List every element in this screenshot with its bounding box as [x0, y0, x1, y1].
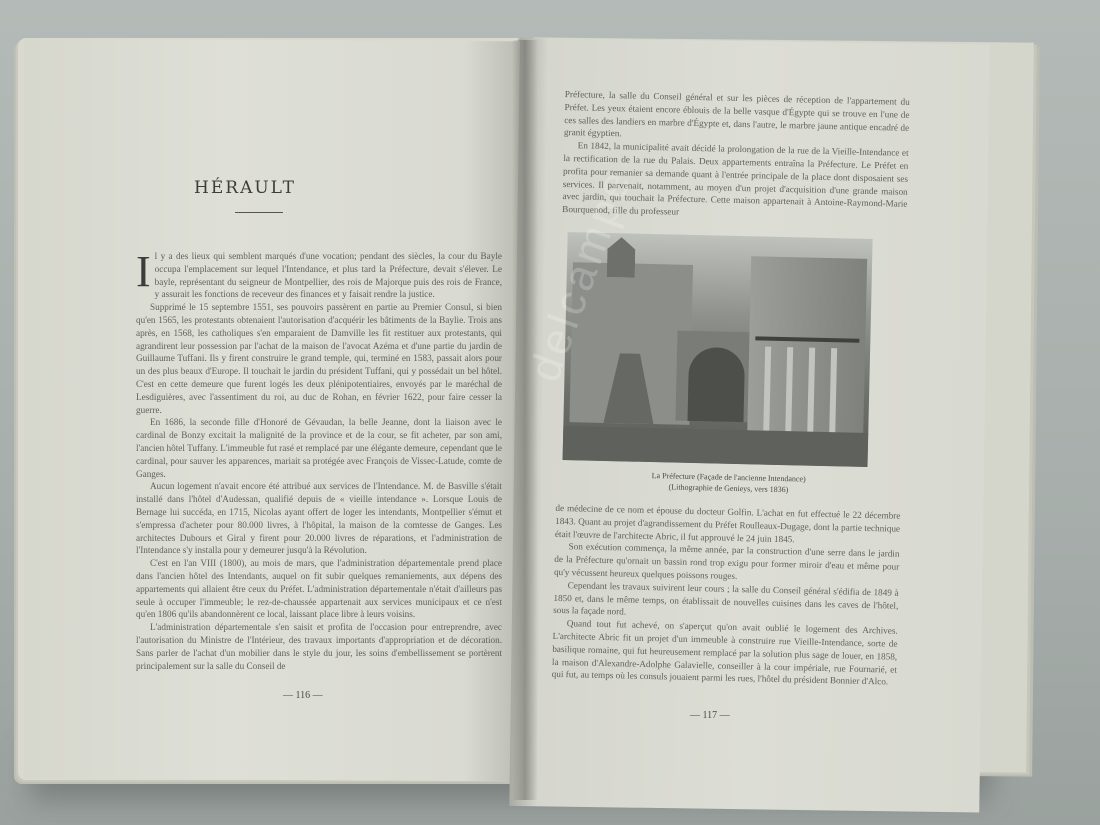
paragraph: Aucun logement n'avait encore été attrib…	[136, 480, 502, 557]
figure-caption: La Préfecture (Façade de l'ancienne Inte…	[556, 468, 901, 498]
paragraph: En 1686, la seconde fille d'Honoré de Gé…	[136, 416, 502, 480]
chapter-title: HÉRAULT	[130, 178, 360, 198]
paragraph: L'administration départementale s'en sai…	[136, 621, 502, 672]
title-rule	[235, 212, 283, 213]
page-number-left: — 116 —	[283, 690, 323, 701]
paragraph: Quand tout fut achevé, on s'aperçut qu'o…	[552, 617, 898, 689]
paragraph: Il y a des lieux qui semblent marqués d'…	[136, 250, 502, 301]
paragraph: C'est en l'an VIII (1800), au mois de ma…	[136, 557, 502, 621]
bottom-text: de médecine de ce nom et épouse du docte…	[552, 502, 901, 689]
left-page-body: Il y a des lieux qui semblent marqués d'…	[136, 250, 502, 672]
drop-cap: I	[136, 252, 151, 292]
paragraph: Préfecture, la salle du Conseil général …	[564, 88, 910, 147]
page-number-right: — 117 —	[690, 710, 730, 721]
book-gutter	[512, 40, 538, 800]
paragraph: Supprimé le 15 septembre 1551, ses pouvo…	[136, 301, 502, 416]
